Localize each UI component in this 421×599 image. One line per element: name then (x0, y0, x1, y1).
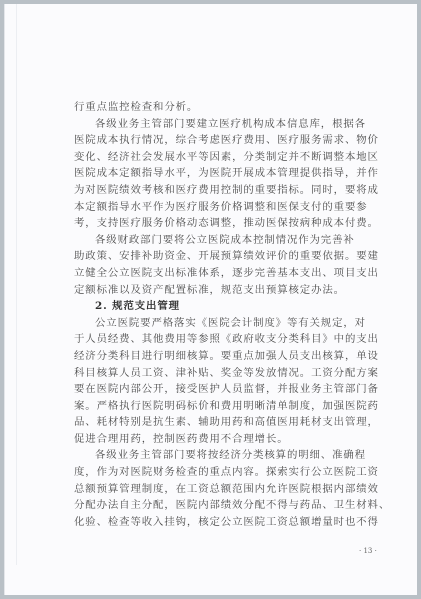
text-line: 定额标准以及资产配置标准，规范支出预算核定办法。 (74, 282, 359, 299)
text-line: 案。严格执行医院明码标价和费用明晰清单制度，加强医院药 (74, 398, 359, 415)
section-heading: 2. 规范支出管理 (74, 298, 359, 315)
text-line: 考，支持医疗服务价格动态调整，推动医保按病种成本付费。 (74, 215, 359, 232)
text-line: 要在医院内部公开，接受医护人员监督，并报业务主管部门备 (74, 381, 359, 398)
text-line: 促进合理用药，控制医药费用不合理增长。 (74, 431, 359, 448)
text-line: 各级业务主管部门要建立医疗机构成本信息库，根据各 (74, 116, 359, 133)
text-line: 公立医院要严格落实《医院会计制度》等有关规定，对 (74, 315, 359, 332)
text-line: 度，作为对医院财务检查的重点内容。探索实行公立医院工资 (74, 464, 359, 481)
text-line: 化验、检查等收入挂钩，核定公立医院工资总额增量时也不得 (74, 514, 359, 531)
text-line: 各级业务主管部门要将按经济分类核算的明细、准确程 (74, 447, 359, 464)
text-line: 总额预算管理制度，在工资总额范围内允许医院根据内部绩效 (74, 481, 359, 498)
text-line: 变化、经济社会发展水平等因素，分类制定并不断调整本地区 (74, 149, 359, 166)
text-line: 助政策、安排补助资金、开展预算绩效评价的重要依据。要建 (74, 248, 359, 265)
document-body: 行重点监控检查和分析。各级业务主管部门要建立医疗机构成本信息库，根据各医院成本执… (74, 99, 359, 530)
text-line: 科目核算人员工资、津补贴、奖金等发放情况。工资分配方案 (74, 365, 359, 382)
text-line: 于人员经费、其他费用等参照《政府收支分类科目》中的支出 (74, 331, 359, 348)
text-line: 医院成本执行情况，综合考虑医疗费用、医疗服务需求、物价 (74, 132, 359, 149)
text-line: 各级财政部门要将公立医院成本控制情况作为完善补 (74, 232, 359, 249)
text-line: 经济分类科目进行明细核算。要重点加强人员支出核算，单设 (74, 348, 359, 365)
text-line: 立健全公立医院支出标准体系，逐步完善基本支出、项目支出 (74, 265, 359, 282)
text-line: 为对医院绩效考核和医疗费用控制的重要指标。同时，要将成 (74, 182, 359, 199)
text-line: 本定额指导水平作为医疗服务价格调整和医保支付的重要参 (74, 199, 359, 216)
text-line: 行重点监控检查和分析。 (74, 99, 359, 116)
page-number: · 13 · (359, 547, 377, 555)
text-line: 医院成本定额指导水平，为医院开展成本管理提供指导，并作 (74, 165, 359, 182)
text-line: 品、耗材特别是抗生素、辅助用药和高值医用耗材支出管理， (74, 414, 359, 431)
text-line: 分配办法自主分配，医院内部绩效分配不得与药品、卫生材料、 (74, 497, 359, 514)
document-page: 行重点监控检查和分析。各级业务主管部门要建立医疗机构成本信息库，根据各医院成本执… (4, 4, 417, 595)
